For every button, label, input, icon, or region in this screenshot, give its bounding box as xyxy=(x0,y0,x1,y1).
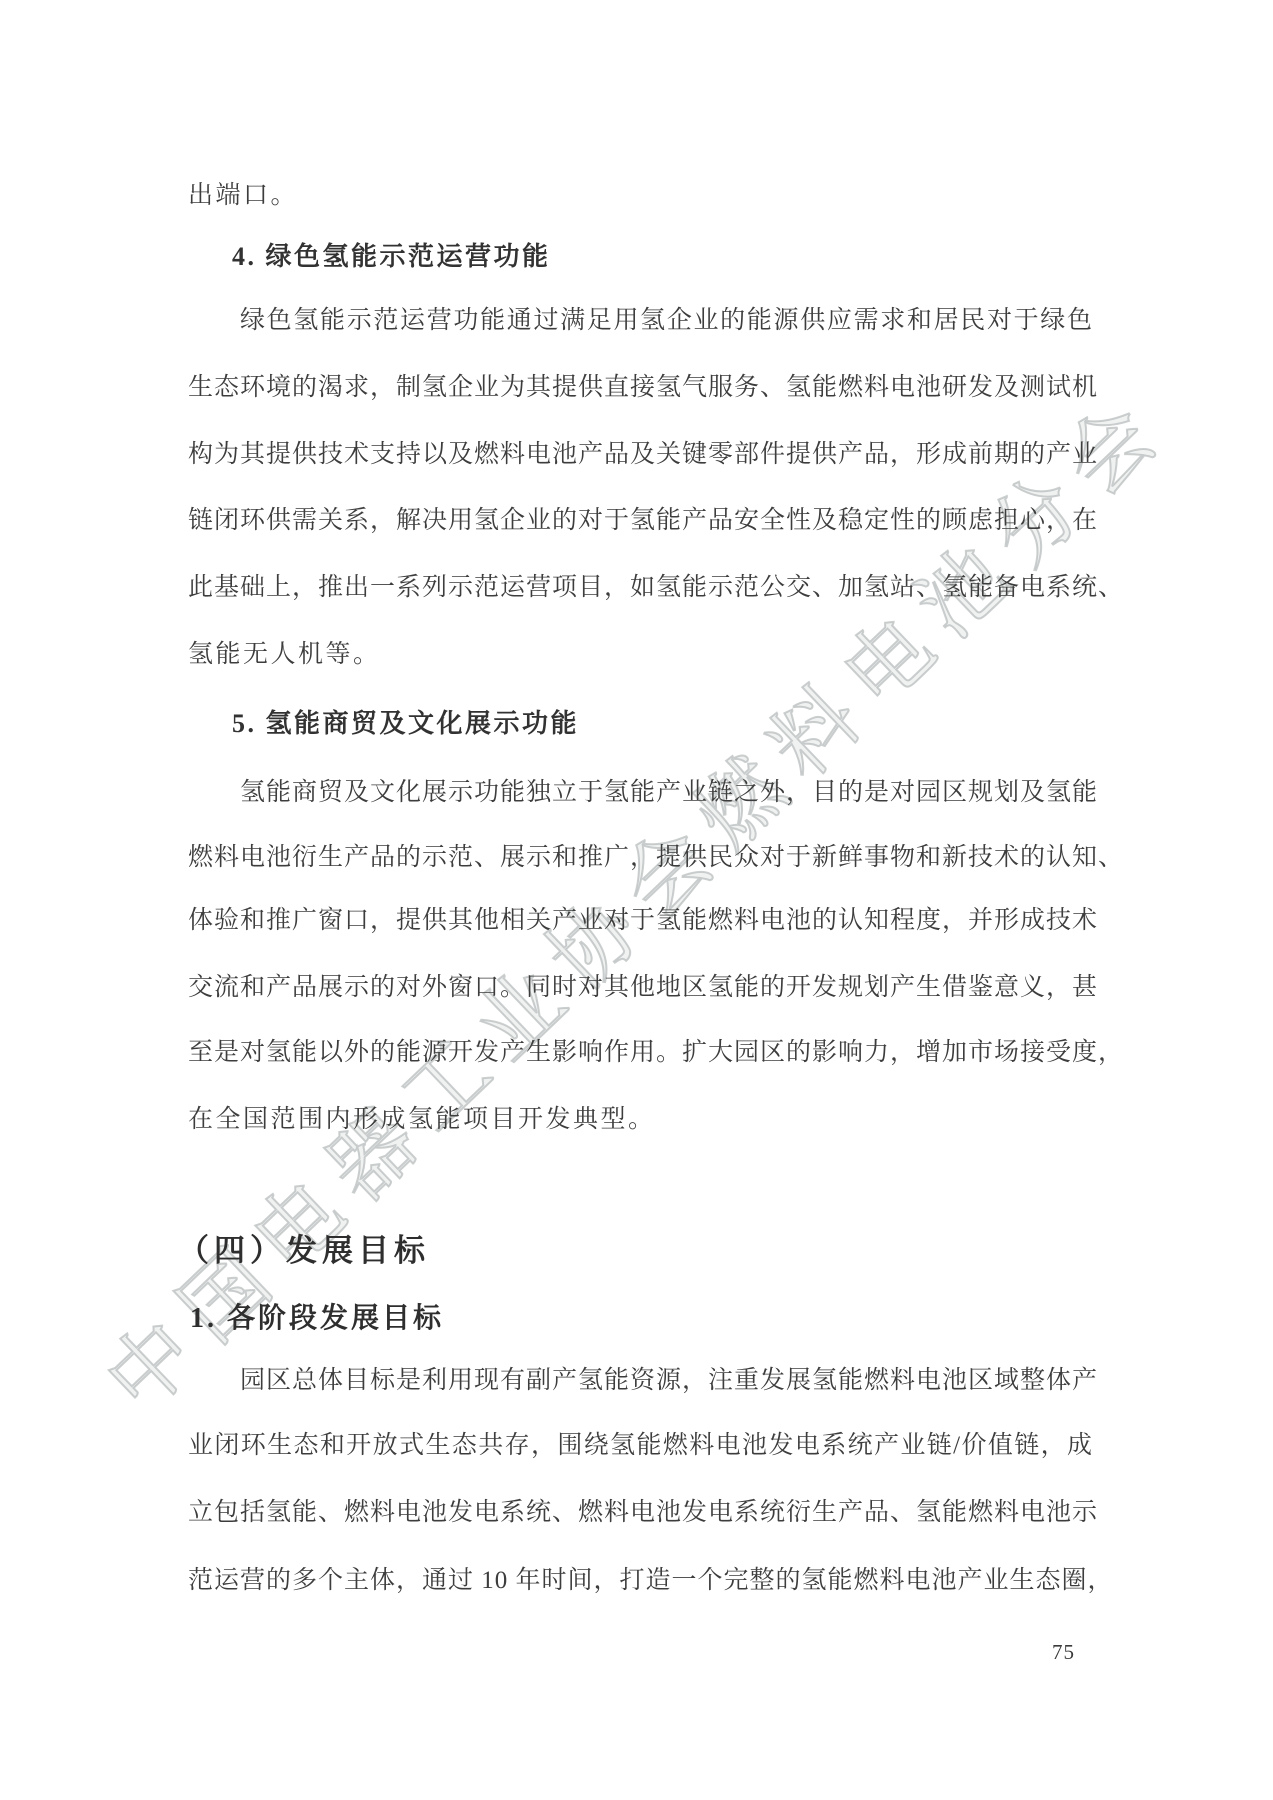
section4-line-5: 此基础上，推出一系列示范运营项目，如氢能示范公交、加氢站、氢能备电系统、 xyxy=(188,569,1093,607)
subsection1-line-1: 园区总体目标是利用现有副产氢能资源，注重发展氢能燃料电池区域整体产 xyxy=(188,1362,1093,1400)
page-number: 75 xyxy=(1052,1640,1075,1665)
section5-line-4: 交流和产品展示的对外窗口。同时对其他地区氢能的开发规划产生借鉴意义，甚 xyxy=(188,969,1093,1007)
section4-line-6: 氢能无人机等。 xyxy=(188,636,1093,674)
section4-line-1: 绿色氢能示范运营功能通过满足用氢企业的能源供应需求和居民对于绿色 xyxy=(188,302,1093,340)
heading-subsection-1: 1. 各阶段发展目标 xyxy=(190,1298,444,1340)
section4-line-4: 链闭环供需关系，解决用氢企业的对于氢能产品安全性及稳定性的顾虑担心，在 xyxy=(188,502,1093,540)
subsection1-line-4: 范运营的多个主体，通过 10 年时间，打造一个完整的氢能燃料电池产业生态圈， xyxy=(188,1562,1093,1600)
section5-line-1: 氢能商贸及文化展示功能独立于氢能产业链之外，目的是对园区规划及氢能 xyxy=(188,774,1093,812)
document-page: 中国电器工业协会燃料电池分会 出端口。 4. 绿色氢能示范运营功能 绿色氢能示范… xyxy=(0,0,1273,1800)
section5-line-2: 燃料电池衍生产品的示范、展示和推广，提供民众对于新鲜事物和新技术的认知、 xyxy=(188,839,1093,877)
heading-section-4: 4. 绿色氢能示范运营功能 xyxy=(232,237,551,277)
section5-line-6: 在全国范围内形成氢能项目开发典型。 xyxy=(188,1101,1093,1139)
subsection1-line-3: 立包括氢能、燃料电池发电系统、燃料电池发电系统衍生产品、氢能燃料电池示 xyxy=(188,1494,1093,1532)
section5-line-5: 至是对氢能以外的能源开发产生影响作用。扩大园区的影响力，增加市场接受度， xyxy=(188,1034,1093,1072)
continuation-line: 出端口。 xyxy=(188,177,1093,215)
subsection1-line-2: 业闭环生态和开放式生态共存，围绕氢能燃料电池发电系统产业链/价值链，成 xyxy=(188,1427,1093,1465)
section4-line-3: 构为其提供技术支持以及燃料电池产品及关键零部件提供产品，形成前期的产业 xyxy=(188,436,1093,474)
heading-section-5: 5. 氢能商贸及文化展示功能 xyxy=(232,704,579,744)
section4-line-2: 生态环境的渴求，制氢企业为其提供直接氢气服务、氢能燃料电池研发及测试机 xyxy=(188,369,1093,407)
section5-line-3: 体验和推广窗口，提供其他相关产业对于氢能燃料电池的认知程度，并形成技术 xyxy=(188,902,1093,940)
heading-section-four: （四）发展目标 xyxy=(178,1228,430,1274)
